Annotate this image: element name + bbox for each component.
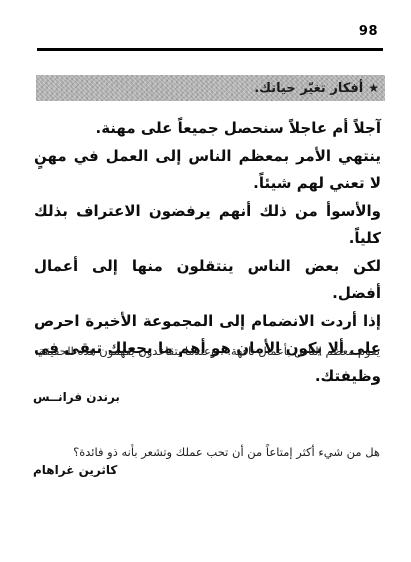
header-rule <box>37 48 383 51</box>
body-paragraph: لكن بعض الناس ينتقلون منها إلى أعمال أفض… <box>34 253 381 308</box>
body-paragraph: ينتهي الأمر بمعظم الناس إلى العمل في مهن… <box>34 143 381 198</box>
chapter-header-bar: ★ أفكار تغيّر حياتك. <box>36 75 385 101</box>
body-paragraph: والأسوأ من ذلك أنهم يرفضون الاعتراف بذلك… <box>34 198 381 253</box>
book-page: 98 ★ أفكار تغيّر حياتك. آجلاً أم عاجلاً … <box>0 0 411 562</box>
quote-author: كاثرين غراهام <box>33 463 117 477</box>
quote-author: برندن فرانــس <box>33 390 120 404</box>
quote-text: هل من شيء أكثر إمتاعاً من أن تحب عملك وت… <box>30 441 380 464</box>
chapter-title: أفكار تغيّر حياتك. <box>254 81 363 96</box>
page-number: 98 <box>359 24 378 39</box>
star-icon: ★ <box>368 81 379 95</box>
body-paragraph: آجلاً أم عاجلاً سنحصل جميعاً على مهنة. <box>34 115 381 143</box>
quote-text: يقوم معظم الناس بأعمال تافهة. . وعندما ي… <box>30 340 380 363</box>
